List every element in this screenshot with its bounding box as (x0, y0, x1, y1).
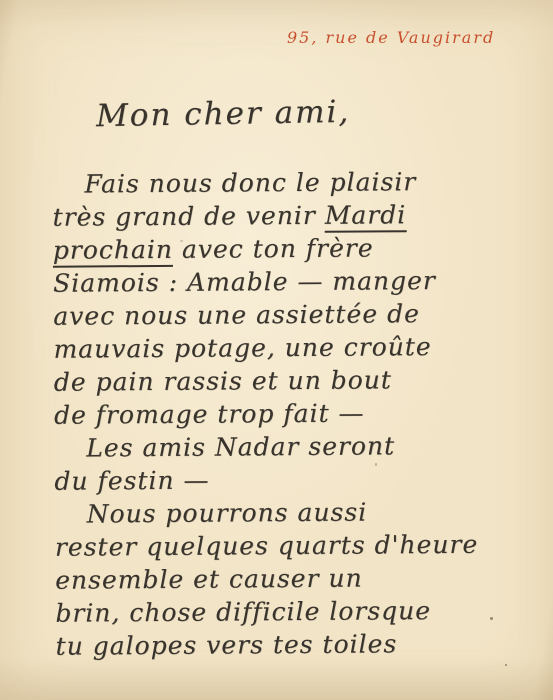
letter-text: tu galopes vers tes toiles (56, 629, 398, 660)
underlined-word: prochain (53, 235, 173, 268)
salutation: Mon cher ami, (96, 94, 351, 134)
letter-line: du festin — (54, 461, 543, 497)
letter-line: brin, chose difficile lorsque (55, 593, 544, 629)
ink-speck (180, 240, 183, 242)
letter-text: Siamois : Amable — manger (53, 266, 436, 298)
letter-line: Les amis Nadar seront (54, 428, 543, 464)
letter-text: brin, chose difficile lorsque (55, 596, 431, 628)
letter-line: mauvais potage, une croûte (53, 329, 542, 365)
letter-text: Les amis Nadar seront (86, 431, 395, 462)
letter-line: prochain avec ton frère (53, 230, 542, 266)
letter-text: du festin — (54, 466, 209, 496)
underlined-word: Mardi (325, 200, 407, 233)
ink-speck (505, 664, 507, 666)
letter-text: de pain rassis et un bout (54, 365, 392, 396)
letter-line: rester quelques quarts d'heure (55, 527, 544, 563)
letter-paper: 95, rue de Vaugirard Mon cher ami, Fais … (0, 0, 553, 700)
letter-line: avec nous une assiettée de (53, 296, 542, 332)
letter-line: Siamois : Amable — manger (53, 263, 542, 299)
letter-line: Nous pourrons aussi (55, 494, 544, 530)
ink-speck (375, 463, 377, 466)
letterhead-address: 95, rue de Vaugirard (287, 28, 495, 47)
letter-line: Fais nous donc le plaisir (52, 164, 541, 200)
letter-text: Fais nous donc le plaisir (84, 167, 416, 198)
letter-text: avec nous une assiettée de (53, 299, 420, 331)
ink-speck (490, 617, 493, 620)
letter-text: avec ton frère (173, 233, 374, 263)
letter-line: tu galopes vers tes toiles (56, 626, 545, 662)
letter-line: de pain rassis et un bout (54, 362, 543, 398)
letter-line: très grand de venir Mardi (53, 197, 542, 233)
letter-text: Nous pourrons aussi (87, 498, 368, 529)
letter-text: ensemble et causer un (55, 564, 363, 595)
letter-line: de fromage trop fait — (54, 395, 543, 431)
letter-text: rester quelques quarts d'heure (55, 530, 478, 562)
letter-text: de fromage trop fait — (54, 399, 365, 430)
letter-text: mauvais potage, une croûte (53, 332, 431, 364)
letter-line: ensemble et causer un (55, 560, 544, 596)
letter-body: Fais nous donc le plaisirtrès grand de v… (52, 164, 544, 662)
letter-text: très grand de venir (53, 201, 325, 232)
